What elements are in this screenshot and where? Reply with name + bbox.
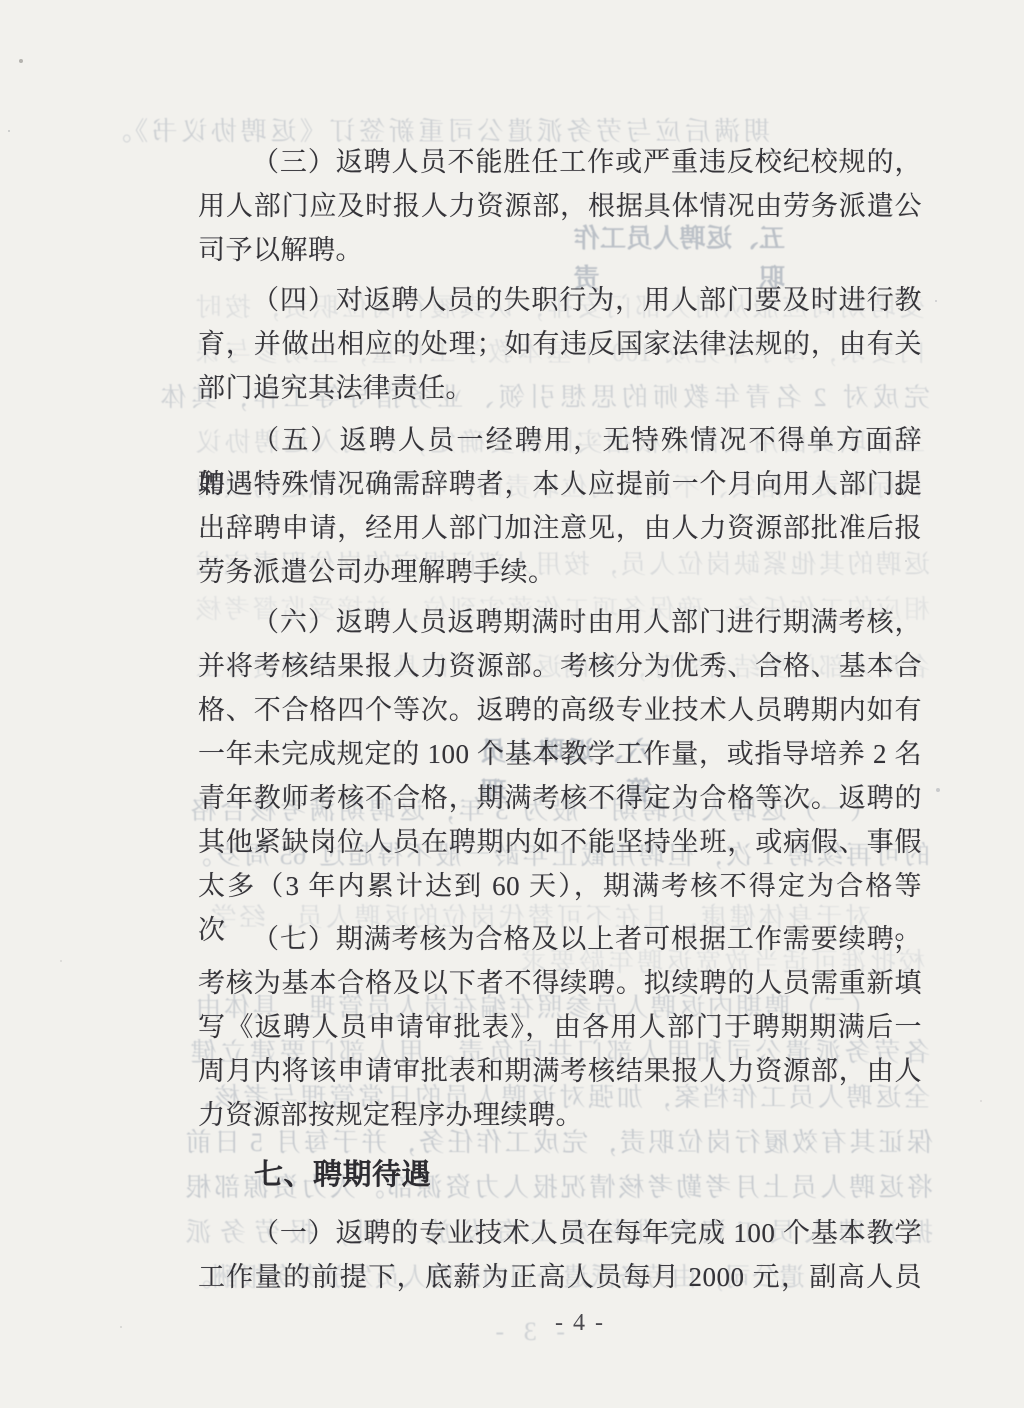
text-line: 如遇特殊情况确需辞聘者，本人应提前一个月向用人部门提 xyxy=(198,462,922,506)
text-line: 周月内将该申请审批表和期满考核结果报人力资源部，由人 xyxy=(198,1049,922,1093)
text-line: 太多（3 年内累计达到 60 天），期满考核不得定为合格等次。 xyxy=(198,864,922,908)
text-line: 考核为基本合格及以下者不得续聘。拟续聘的人员需重新填 xyxy=(198,961,922,1005)
text-line: 格、不合格四个等次。返聘的高级专业技术人员聘期内如有 xyxy=(198,688,922,732)
text-line: （三）返聘人员不能胜任工作或严重违反校纪校规的， xyxy=(198,140,922,184)
text-line: 司予以解聘。 xyxy=(198,228,922,272)
section-heading: 七、聘期待遇 xyxy=(198,1153,922,1197)
scan-speckles xyxy=(0,0,2,2)
text-line: 育，并做出相应的处理；如有违反国家法律法规的，由有关 xyxy=(198,322,922,366)
paragraph: （四）对返聘人员的失职行为，用人部门要及时进行教育，并做出相应的处理；如有违反国… xyxy=(198,278,922,410)
text-line: （五）返聘人员一经聘用，无特殊情况不得单方面辞聘。 xyxy=(198,418,922,462)
text-line: 青年教师考核不合格，期满考核不得定为合格等次。返聘的 xyxy=(198,776,922,820)
text-line: 出辞聘申请，经用人部门加注意见，由人力资源部批准后报 xyxy=(198,506,922,550)
text-line: 工作量的前提下，底薪为正高人员每月 2000 元，副高人员 xyxy=(198,1255,922,1299)
text-line: 写《返聘人员申请审批表》，由各用人部门于聘期期满后一 xyxy=(198,1005,922,1049)
paragraph: （七）期满考核为合格及以上者可根据工作需要续聘，考核为基本合格及以下者不得续聘。… xyxy=(198,917,922,1137)
paragraph: （六）返聘人员返聘期满时由用人部门进行期满考核，并将考核结果报人力资源部。考核分… xyxy=(198,600,922,908)
text-line: （四）对返聘人员的失职行为，用人部门要及时进行教 xyxy=(198,278,922,322)
paragraph: （三）返聘人员不能胜任工作或严重违反校纪校规的，用人部门应及时报人力资源部，根据… xyxy=(198,140,922,272)
document-body: （三）返聘人员不能胜任工作或严重违反校纪校规的，用人部门应及时报人力资源部，根据… xyxy=(198,140,922,1299)
text-line: 力资源部按规定程序办理续聘。 xyxy=(198,1093,922,1137)
text-line: 一年未完成规定的 100 个基本教学工作量，或指导培养 2 名 xyxy=(198,732,922,776)
text-line: 并将考核结果报人力资源部。考核分为优秀、合格、基本合 xyxy=(198,644,922,688)
paragraph: （一）返聘的专业技术人员在每年完成 100 个基本教学工作量的前提下，底薪为正高… xyxy=(198,1211,922,1299)
text-line: （七）期满考核为合格及以上者可根据工作需要续聘， xyxy=(198,917,922,961)
text-line: 其他紧缺岗位人员在聘期内如不能坚持坐班，或病假、事假 xyxy=(198,820,922,864)
text-line: （六）返聘人员返聘期满时由用人部门进行期满考核， xyxy=(198,600,922,644)
text-line: 部门追究其法律责任。 xyxy=(198,366,922,410)
text-line: （一）返聘的专业技术人员在每年完成 100 个基本教学 xyxy=(198,1211,922,1255)
page-number: - 4 - xyxy=(210,1310,950,1337)
text-line: 用人部门应及时报人力资源部，根据具体情况由劳务派遣公 xyxy=(198,184,922,228)
document-page: 期满后应与劳务派遣公司重新签订《返聘协议书》。五、返聘人员工作职责受聘期间应服从… xyxy=(0,0,1024,1408)
paragraph: （五）返聘人员一经聘用，无特殊情况不得单方面辞聘。如遇特殊情况确需辞聘者，本人应… xyxy=(198,418,922,594)
text-line: 劳务派遣公司办理解聘手续。 xyxy=(198,550,922,594)
